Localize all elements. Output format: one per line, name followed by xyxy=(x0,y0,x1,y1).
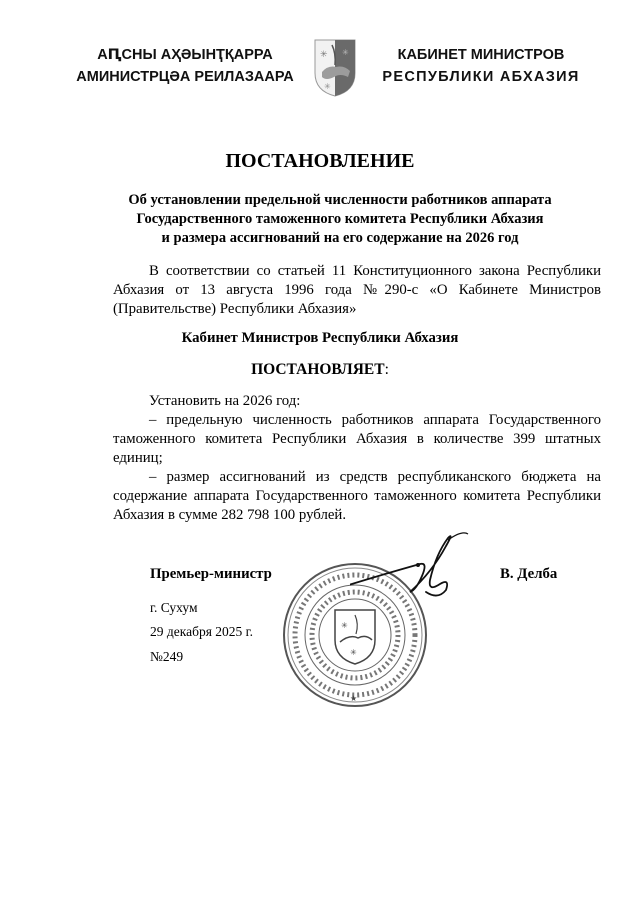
decree-intro: Установить на 2026 год: xyxy=(113,392,601,411)
subject-line: Об установлении предельной численности р… xyxy=(120,191,560,210)
decree-body: Установить на 2026 год: – предельную чис… xyxy=(113,392,601,525)
decree-item-budget-text: – размер ассигнований из средств республ… xyxy=(113,469,601,523)
preamble: В соответствии со статьей 11 Конституцио… xyxy=(113,262,601,319)
handwritten-signature-icon xyxy=(350,528,480,618)
decree-heading: ПОСТАНОВЛЯЕТ: xyxy=(0,361,640,379)
header-abkhaz: АԤСНЫ АҲӘЫНҬҚАРРА АМИНИСТРЦӘА РЕИЛАЗААРА xyxy=(74,44,296,88)
preamble-text: В соответствии со статьей 11 Конституцио… xyxy=(113,263,601,317)
document-type-title: ПОСТАНОВЛЕНИЕ xyxy=(0,150,640,173)
signatory-name: В. Делба xyxy=(500,566,557,583)
issuing-authority: Кабинет Министров Республики Абхазия xyxy=(0,330,640,347)
decree-word: ПОСТАНОВЛЯЕТ xyxy=(251,361,385,378)
decree-item-staff: – предельную численность работников аппа… xyxy=(113,411,601,468)
decree-colon: : xyxy=(385,361,389,378)
svg-text:✳: ✳ xyxy=(320,50,328,60)
svg-text:✳: ✳ xyxy=(350,648,357,657)
coat-of-arms-icon: ✳ ✳ ✳ xyxy=(314,39,356,97)
date-of-signing: 29 декабря 2025 г. xyxy=(150,624,253,640)
document-subject: Об установлении предельной численности р… xyxy=(120,191,560,248)
signatory-role: Премьер-министр xyxy=(150,566,272,583)
decree-item-staff-text: – предельную численность работников аппа… xyxy=(113,412,601,466)
subject-line: и размера ассигнований на его содержание… xyxy=(120,229,560,248)
subject-line: Государственного таможенного комитета Ре… xyxy=(120,210,560,229)
header-russian: КАБИНЕТ МИНИСТРОВ РЕСПУБЛИКИ АБХАЗИЯ xyxy=(370,44,592,88)
svg-text:✳: ✳ xyxy=(341,621,348,630)
header-russian-line2: РЕСПУБЛИКИ АБХАЗИЯ xyxy=(370,66,592,88)
svg-text:★: ★ xyxy=(350,694,357,703)
decree-intro-text: Установить на 2026 год: xyxy=(149,393,300,409)
header-russian-line1: КАБИНЕТ МИНИСТРОВ xyxy=(370,44,592,66)
decree-item-budget: – размер ассигнований из средств республ… xyxy=(113,468,601,525)
svg-text:✳: ✳ xyxy=(324,82,331,91)
header-abkhaz-line2: АМИНИСТРЦӘА РЕИЛАЗААРА xyxy=(74,66,296,88)
document-page: АԤСНЫ АҲӘЫНҬҚАРРА АМИНИСТРЦӘА РЕИЛАЗААРА… xyxy=(0,0,640,905)
document-number: №249 xyxy=(150,649,183,665)
place-of-signing: г. Сухум xyxy=(150,600,198,616)
svg-text:✳: ✳ xyxy=(342,48,349,57)
header-abkhaz-line1: АԤСНЫ АҲӘЫНҬҚАРРА xyxy=(74,44,296,66)
